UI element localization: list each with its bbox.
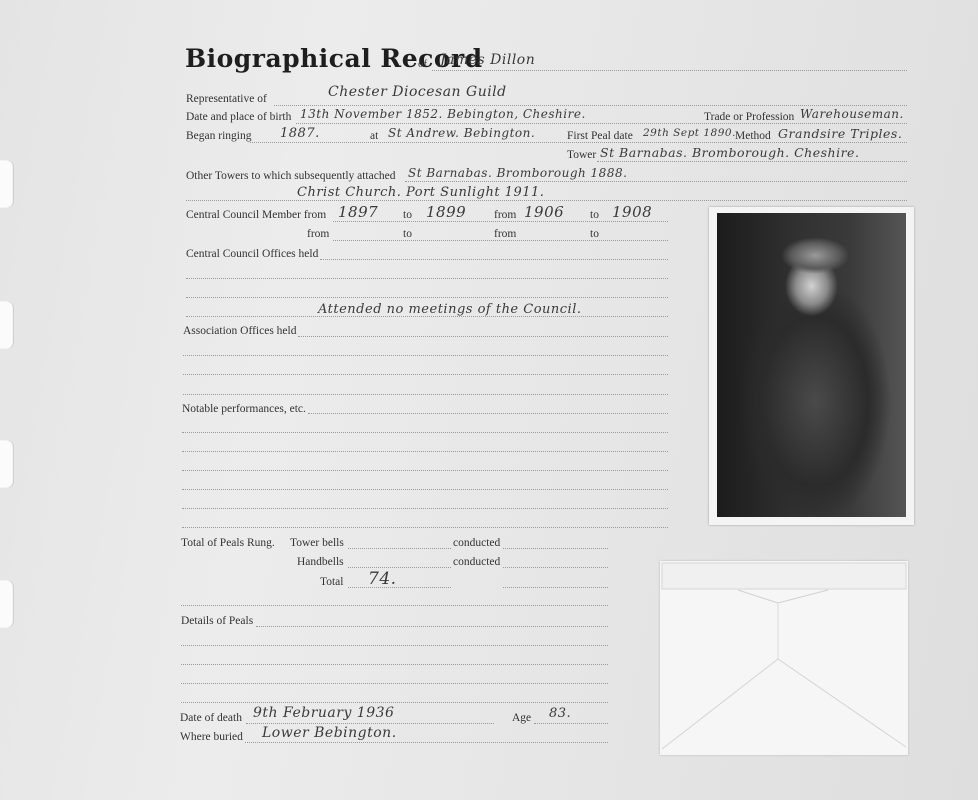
other-towers-value-1: St Barnabas. Bromborough 1888. (408, 166, 627, 180)
handbells-label: Handbells (297, 556, 344, 568)
first-peal-label: First Peal date (567, 130, 633, 142)
rule (405, 181, 907, 182)
binder-punch-hole (0, 580, 14, 628)
rule (246, 723, 494, 724)
rule (181, 605, 608, 606)
association-offices-label: Association Offices held (183, 325, 296, 337)
rule (503, 587, 608, 588)
cc-to-2: 1908 (612, 203, 652, 221)
rule (182, 432, 668, 433)
envelope-flap-icon (660, 561, 908, 755)
cc-to-label: to (403, 209, 412, 221)
cc-from-2: 1906 (524, 203, 564, 221)
tower-value: St Barnabas. Bromborough. Cheshire. (600, 145, 859, 160)
peals-label: Total of Peals Rung. (181, 537, 275, 549)
rule (182, 508, 668, 509)
binder-punch-hole (0, 301, 14, 349)
total-value: 74. (368, 569, 397, 589)
rule (348, 548, 451, 549)
rule (245, 742, 608, 743)
rule (250, 142, 907, 143)
rule (348, 567, 451, 568)
rule (296, 123, 907, 124)
rule (256, 626, 608, 627)
method-value: Grandsire Triples. (778, 126, 902, 141)
began-ringing-value: 1887. (280, 126, 320, 141)
details-peals-label: Details of Peals (181, 615, 253, 627)
death-value: 9th February 1936 (253, 705, 394, 721)
began-at-label: at (370, 130, 378, 142)
portrait-photograph (709, 207, 914, 525)
cc-from-label: from (494, 228, 516, 240)
title-of-label: of (418, 58, 427, 70)
other-towers-value-2: Christ Church. Port Sunlight 1911. (297, 185, 544, 200)
rule (320, 259, 668, 260)
cc-member-label: Central Council Member from (186, 209, 326, 221)
birth-value: 13th November 1852. Bebington, Cheshire. (300, 107, 586, 121)
rule (503, 548, 608, 549)
rule (181, 664, 608, 665)
trade-value: Warehouseman. (800, 107, 904, 121)
rule (183, 394, 668, 395)
rule (182, 489, 668, 490)
rule (181, 702, 608, 703)
age-label: Age (512, 712, 531, 724)
first-peal-date: 29th Sept 1890. (643, 127, 736, 139)
cc-offices-label: Central Council Offices held (186, 248, 318, 260)
rule (333, 221, 668, 222)
began-ringing-label: Began ringing (186, 130, 251, 142)
binder-punch-hole (0, 160, 14, 208)
buried-label: Where buried (180, 731, 243, 743)
birth-label: Date and place of birth (186, 111, 291, 123)
representative-value: Chester Diocesan Guild (328, 84, 507, 100)
representative-label: Representative of (186, 93, 267, 105)
rule (186, 316, 668, 317)
rule (597, 161, 907, 162)
cc-to-label: to (590, 228, 599, 240)
rule (308, 413, 668, 414)
rule (274, 105, 907, 106)
binder-punch-hole (0, 440, 14, 488)
cc-to-label: to (590, 209, 599, 221)
cc-from-label: from (494, 209, 516, 221)
conducted-label: conducted (453, 537, 500, 549)
other-towers-label: Other Towers to which subsequently attac… (186, 170, 395, 182)
rule (503, 567, 608, 568)
buried-value: Lower Bebington. (262, 725, 397, 741)
rule (182, 451, 668, 452)
rule (333, 240, 668, 241)
rule (183, 355, 668, 356)
trade-label: Trade or Profession (704, 111, 794, 123)
cc-to-label: to (403, 228, 412, 240)
rule (182, 470, 668, 471)
rule (186, 278, 668, 279)
rule (186, 297, 668, 298)
rule (432, 70, 907, 71)
tower-bells-label: Tower bells (290, 537, 344, 549)
notable-label: Notable performances, etc. (182, 403, 306, 415)
rule (182, 527, 668, 528)
method-label: Method (735, 130, 771, 142)
began-at-value: St Andrew. Bebington. (388, 126, 535, 140)
total-label: Total (320, 576, 343, 588)
rule (298, 336, 668, 337)
rule (348, 587, 451, 588)
rule (186, 200, 907, 201)
cc-offices-note: Attended no meetings of the Council. (318, 302, 582, 317)
rule (183, 374, 668, 375)
death-label: Date of death (180, 712, 242, 724)
photo-image (717, 213, 906, 517)
envelope (660, 561, 908, 755)
page-title: Biographical Record (185, 44, 483, 73)
subject-name: James Dillon (440, 52, 535, 68)
rule (181, 645, 608, 646)
cc-to-1: 1899 (426, 203, 466, 221)
rule (181, 683, 608, 684)
rule (534, 723, 608, 724)
cc-from-label: from (307, 228, 329, 240)
age-value: 83. (549, 706, 571, 721)
cc-from-1: 1897 (338, 203, 378, 221)
tower-label: Tower (567, 149, 596, 161)
conducted-label: conducted (453, 556, 500, 568)
